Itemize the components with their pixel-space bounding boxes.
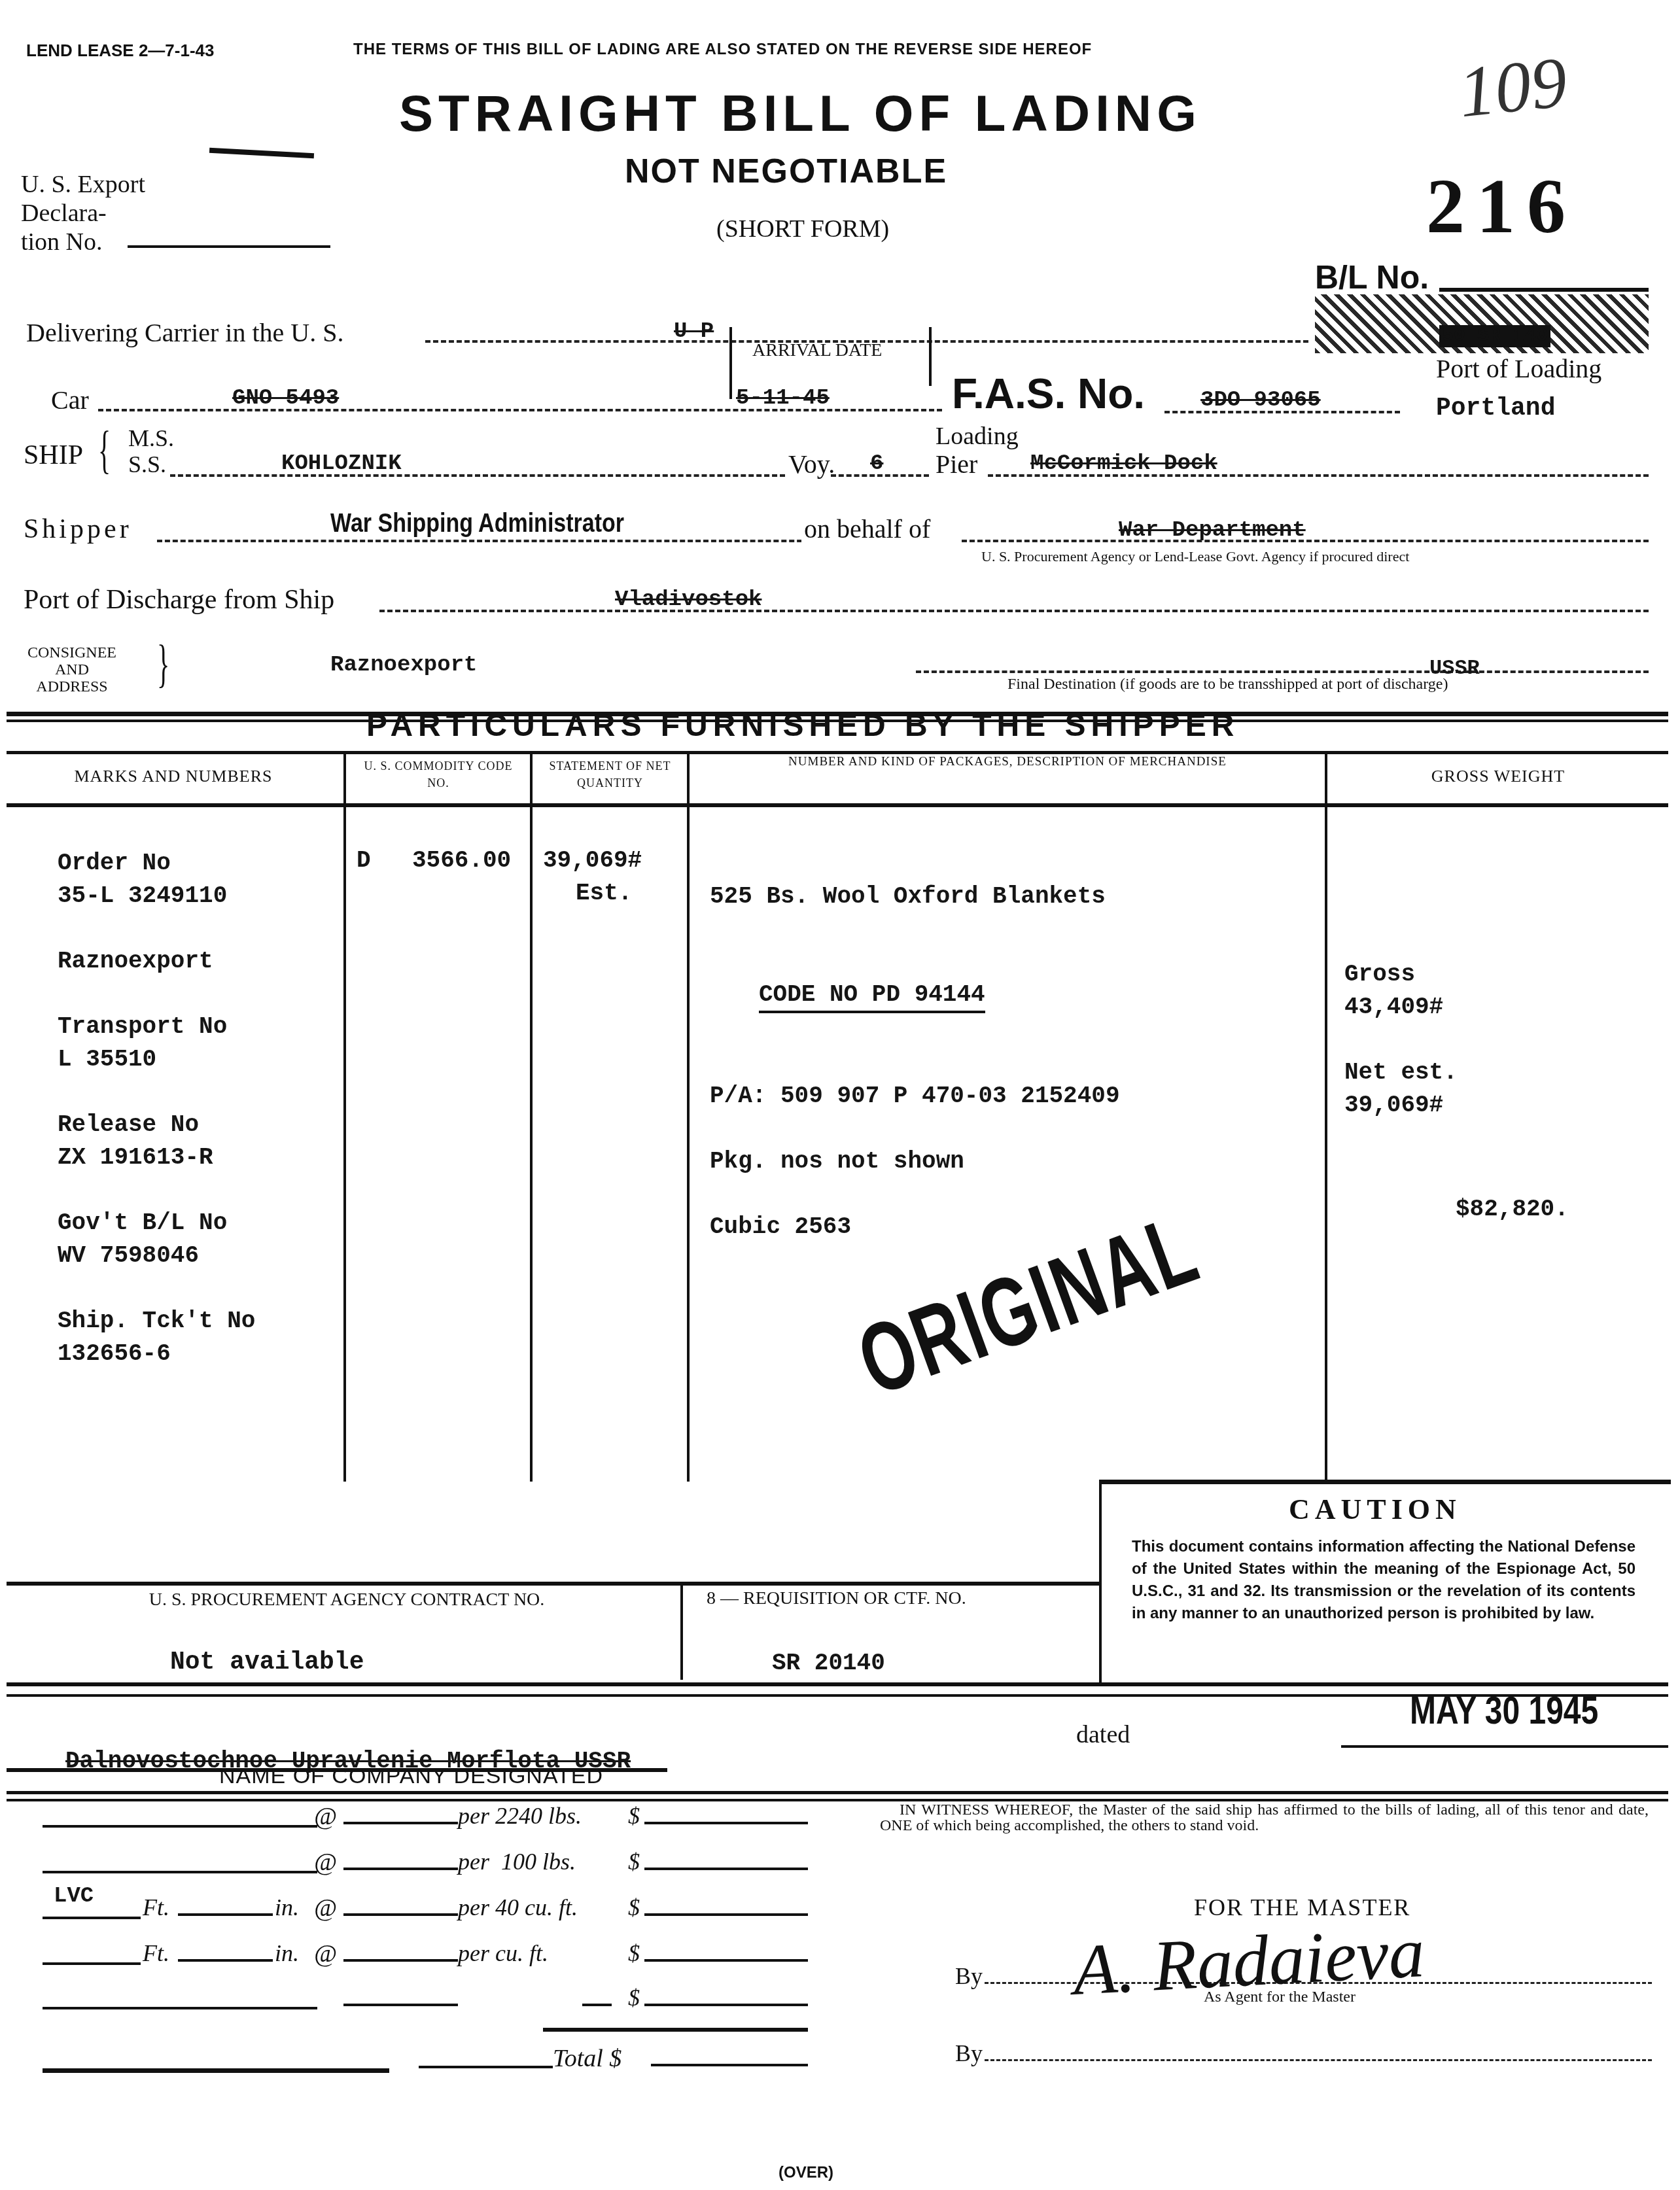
- marks-list: Order No 35-L 3249110 Raznoexport Transp…: [58, 847, 255, 1370]
- second-signature-field[interactable]: [985, 2059, 1652, 2061]
- charge-row-3-at: @: [314, 1894, 337, 1922]
- shipper-value: War Shipping Administrator: [327, 509, 627, 538]
- dated-stamp: MAY 30 1945: [1410, 1688, 1598, 1733]
- loading-label: Loading: [936, 422, 1019, 451]
- arrival-date-value: 5-11-45: [736, 386, 830, 411]
- charge-row-4-ft-field[interactable]: [43, 1962, 141, 1965]
- marks-item: 35-L 3249110: [58, 880, 255, 912]
- marks-item: 132656-6: [58, 1338, 255, 1370]
- column-divider-3: [687, 752, 690, 1482]
- shipper-label: Shipper: [24, 513, 132, 545]
- export-declaration-field[interactable]: [128, 245, 330, 248]
- marks-item: Ship. Tck't No: [58, 1305, 255, 1338]
- pier-label: Pier: [936, 449, 977, 479]
- consignee-brace: }: [157, 638, 169, 690]
- caution-title: CAUTION: [1289, 1493, 1461, 1526]
- ship-type-labels: M.S. S.S.: [128, 425, 174, 478]
- requisition-label: 8 — REQUISITION OR CTF. NO.: [707, 1588, 966, 1609]
- description-line: 525 Bs. Wool Oxford Blankets: [710, 883, 1106, 910]
- gross-weight-block: Gross 43,409# Net est. 39,069#: [1344, 958, 1458, 1122]
- total-rate-field[interactable]: [419, 2066, 553, 2068]
- car-value: GNO 5493: [232, 386, 339, 411]
- charge-row-3-dollar: $: [628, 1894, 640, 1921]
- marks-item: WV 7598046: [58, 1240, 255, 1272]
- document-subtitle: NOT NEGOTIABLE: [625, 152, 947, 191]
- port-discharge-field[interactable]: [379, 610, 1649, 612]
- charge-row-4-rate-label: per cu. ft.: [458, 1939, 548, 1967]
- column-header-rule: [7, 803, 1668, 807]
- port-of-loading-label: Port of Loading: [1436, 353, 1601, 384]
- port-discharge-value: Vladivostok: [615, 587, 761, 612]
- handwritten-number: 109: [1455, 41, 1571, 135]
- column-divider-2: [530, 752, 533, 1482]
- export-label-line-2: Declara-: [21, 199, 145, 228]
- ship-label: SHIP: [24, 440, 83, 471]
- charge-row-2-rate-field[interactable]: [343, 1868, 458, 1870]
- charge-row-4-rate-field[interactable]: [343, 1959, 458, 1962]
- charge-row-3-in-label: in.: [275, 1894, 299, 1921]
- arrival-date-label: ARRIVAL DATE: [752, 340, 882, 361]
- charge-row-4-dollar: $: [628, 1939, 640, 1967]
- charge-row-3-ft-field[interactable]: [43, 1917, 141, 1919]
- description-code: CODE NO PD 94144: [759, 981, 985, 1013]
- car-field[interactable]: [98, 409, 942, 411]
- description-line: P/A: 509 907 P 470-03 2152409: [710, 1083, 1120, 1109]
- marks-item: L 35510: [58, 1043, 255, 1076]
- dated-field[interactable]: [1341, 1745, 1668, 1748]
- ship-name-field[interactable]: [170, 474, 785, 477]
- shipper-field[interactable]: [157, 540, 818, 542]
- on-behalf-value: War Department: [1119, 518, 1306, 543]
- charge-row-1-at: @: [314, 1802, 337, 1831]
- document-title: STRAIGHT BILL OF LADING: [399, 84, 1202, 143]
- marks-item: Transport No: [58, 1011, 255, 1043]
- port-discharge-label: Port of Discharge from Ship: [24, 584, 334, 616]
- column-header-description: NUMBER AND KIND OF PACKAGES, DESCRIPTION…: [752, 754, 1263, 771]
- document-number: 216: [1426, 162, 1577, 251]
- agent-label: As Agent for the Master: [1204, 1989, 1356, 2006]
- net-quantity-value: 39,069#: [543, 847, 642, 874]
- column-header-commodity: U. S. COMMODITY CODE NO.: [353, 757, 523, 791]
- contract-rule-bottom: [7, 1682, 1668, 1686]
- charge-row-1-qty-field[interactable]: [43, 1825, 317, 1828]
- charge-row-4-in-field[interactable]: [178, 1959, 273, 1962]
- charge-row-3-rate-field[interactable]: [343, 1913, 458, 1916]
- net-quantity-note: Est.: [576, 880, 632, 907]
- delivering-carrier-label: Delivering Carrier in the U. S.: [26, 317, 343, 348]
- ship-ss-label: S.S.: [128, 451, 174, 478]
- column-divider-4: [1325, 752, 1327, 1482]
- final-destination-note: Final Destination (if goods are to be tr…: [1007, 676, 1448, 693]
- pier-value: McCormick Dock: [1030, 451, 1217, 476]
- charge-row-2-at: @: [314, 1848, 337, 1877]
- consignee-value: Raznoexport: [330, 653, 477, 678]
- gross-label: Gross: [1344, 958, 1458, 991]
- company-name-label: NAME OF COMPANY DESIGNATED: [219, 1764, 603, 1789]
- agency-contract-label: U. S. PROCUREMENT AGENCY CONTRACT NO.: [26, 1590, 667, 1610]
- car-label: Car: [51, 385, 89, 415]
- column-header-gross-weight: GROSS WEIGHT: [1328, 767, 1668, 786]
- company-rule: [7, 1791, 1668, 1794]
- requisition-value[interactable]: SR 20140: [772, 1650, 885, 1677]
- consignee-label-line-3: ADDRESS: [26, 678, 118, 695]
- form-type: (SHORT FORM): [716, 215, 889, 243]
- gross-value: 43,409#: [1344, 991, 1458, 1024]
- charge-row-4-amount-field[interactable]: [644, 1959, 808, 1962]
- column-header-net-quantity: STATEMENT OF NET QUANTITY: [540, 757, 680, 791]
- voyage-label: Voy.: [788, 449, 835, 479]
- delivering-carrier-value: U P: [674, 319, 714, 344]
- commodity-code: 3566.00: [412, 847, 511, 874]
- ship-name-value: KOHLOZNIK: [281, 451, 402, 476]
- ship-brace: {: [98, 424, 111, 476]
- charge-row-2-dollar: $: [628, 1848, 640, 1875]
- consignee-label-line-1: CONSIGNEE: [26, 644, 118, 661]
- marks-item: ZX 191613-R: [58, 1141, 255, 1174]
- charge-row-5-dollar: $: [628, 1984, 640, 2011]
- witness-text: IN WITNESS WHEREOF, the Master of the sa…: [880, 1802, 1649, 1834]
- description-line: Pkg. nos not shown: [710, 1148, 964, 1175]
- export-label-line-1: U. S. Export: [21, 170, 145, 199]
- charge-row-5-amount-field[interactable]: [644, 2004, 808, 2006]
- bl-no-field[interactable]: [1439, 288, 1649, 292]
- fas-no-value: 3DO 93065: [1200, 388, 1321, 413]
- commodity-prefix: D: [357, 847, 371, 874]
- total-amount-field[interactable]: [651, 2064, 808, 2066]
- pen-mark: [209, 148, 314, 158]
- charge-row-2-amount-field[interactable]: [644, 1868, 808, 1870]
- charge-row-3-ft-label: Ft.: [143, 1894, 169, 1921]
- consignee-label: CONSIGNEE AND ADDRESS: [26, 644, 118, 695]
- marks-item: Release No: [58, 1109, 255, 1141]
- declared-value: $82,820.: [1456, 1196, 1569, 1223]
- charge-row-1-dollar: $: [628, 1802, 640, 1830]
- subtotal-rule: [543, 2028, 808, 2032]
- export-label-line-3: tion No.: [21, 228, 103, 256]
- voyage-value: 6: [870, 451, 883, 476]
- particulars-title: PARTICULARS FURNISHED BY THE SHIPPER: [366, 708, 1239, 744]
- bl-no-value: 50 SR 140: [1439, 325, 1550, 347]
- charge-row-3-rate-label: per 40 cu. ft.: [458, 1894, 578, 1921]
- consignee-label-line-2: AND: [26, 661, 118, 678]
- description-line: Cubic 2563: [710, 1213, 851, 1240]
- charge-row-3-in-field[interactable]: [178, 1913, 273, 1916]
- charge-row-5-rate-field[interactable]: [343, 2004, 458, 2006]
- original-stamp: ORIGINAL: [844, 1192, 1212, 1418]
- column-divider-1: [343, 752, 346, 1482]
- bl-no-label: B/L No.: [1315, 258, 1429, 296]
- charge-row-4-at: @: [314, 1939, 337, 1968]
- caution-text: This document contains information affec…: [1132, 1536, 1636, 1625]
- charge-row-4-ft-label: Ft.: [143, 1939, 169, 1967]
- arrival-date-divider-left: [729, 327, 732, 399]
- marks-item: Gov't B/L No: [58, 1207, 255, 1240]
- charge-row-3-amount-field[interactable]: [644, 1913, 808, 1916]
- on-behalf-label: on behalf of: [801, 513, 933, 544]
- fas-no-label: F.A.S. No.: [952, 370, 1145, 418]
- second-by-label: By: [955, 2040, 983, 2067]
- charge-row-2-rate-label: per 100 lbs.: [458, 1848, 576, 1875]
- charge-row-1-rate-field[interactable]: [343, 1822, 458, 1824]
- agency-contract-value[interactable]: Not available: [170, 1648, 364, 1677]
- export-declaration-label: U. S. Export Declara- tion No.: [21, 170, 145, 256]
- contract-divider: [680, 1582, 683, 1680]
- net-est-label: Net est.: [1344, 1056, 1458, 1089]
- total-label: Total $: [553, 2044, 621, 2073]
- charge-row-4-in-label: in.: [275, 1939, 299, 1967]
- contract-rule-top: [7, 1582, 1099, 1586]
- charge-row-2-qty-field[interactable]: [43, 1871, 317, 1873]
- terms-notice: THE TERMS OF THIS BILL OF LADING ARE ALS…: [353, 41, 1092, 59]
- column-header-marks: MARKS AND NUMBERS: [7, 767, 340, 786]
- over-label: (OVER): [779, 2164, 833, 2182]
- port-of-loading-value: Portland: [1436, 394, 1555, 423]
- charge-row-3-prefix: LVC: [54, 1884, 94, 1909]
- charge-row-5-misc-field[interactable]: [582, 2004, 612, 2006]
- signature-by-label: By: [955, 1962, 983, 1990]
- marks-item: Raznoexport: [58, 945, 255, 978]
- on-behalf-note: U. S. Procurement Agency or Lend-Lease G…: [981, 548, 1409, 565]
- total-desc-field[interactable]: [43, 2068, 389, 2073]
- final-destination-field[interactable]: [916, 670, 1649, 673]
- dated-label: dated: [1076, 1720, 1130, 1749]
- form-code: LEND LEASE 2—7-1-43: [26, 41, 215, 61]
- ship-ms-label: M.S.: [128, 425, 174, 451]
- net-est-value: 39,069#: [1344, 1089, 1458, 1122]
- charge-row-1-rate-label: per 2240 lbs.: [458, 1802, 582, 1830]
- charge-row-1-amount-field[interactable]: [644, 1822, 808, 1824]
- charge-row-5-qty-field[interactable]: [43, 2007, 317, 2009]
- arrival-date-divider-right: [929, 327, 932, 386]
- marks-item: Order No: [58, 847, 255, 880]
